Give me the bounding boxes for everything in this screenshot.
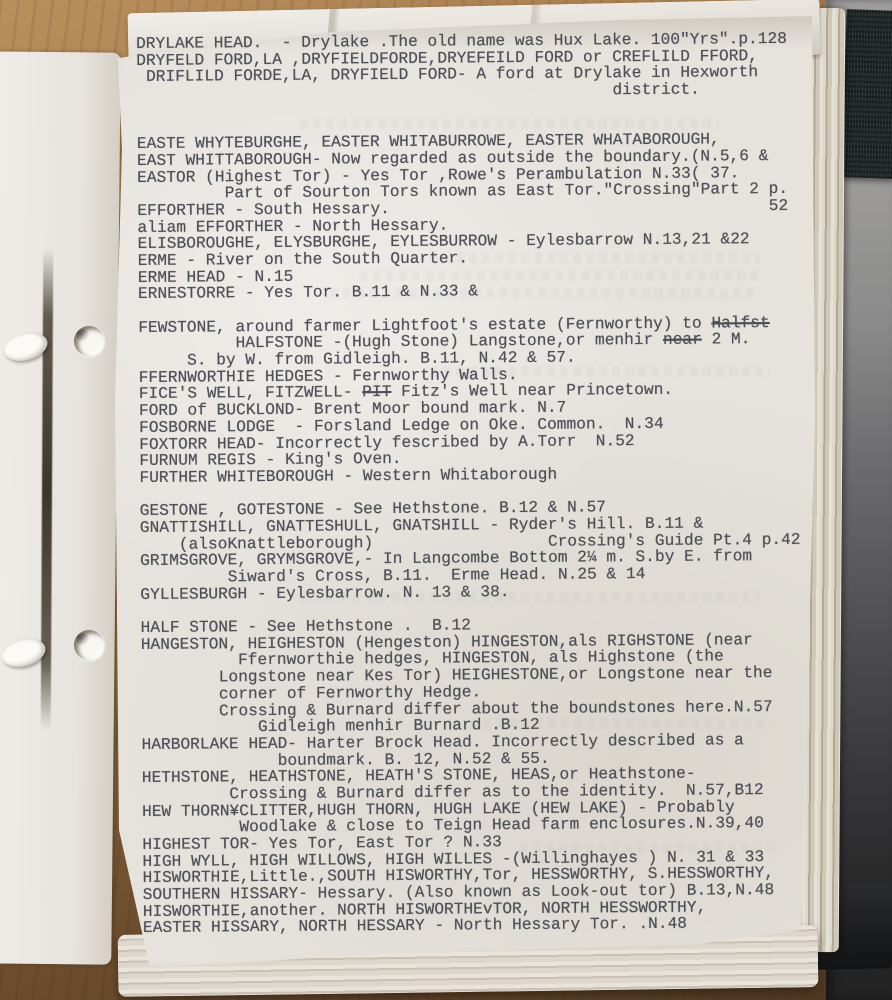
loose-sheet-left-edge	[0, 51, 121, 964]
typewritten-text: DRYLAKE HEAD. - Drylake .The old name wa…	[136, 31, 833, 938]
punch-hole-top	[74, 326, 104, 356]
binder-cover-fabric	[841, 9, 892, 179]
photo-of-binder-page: DRYLAKE HEAD. - Drylake .The old name wa…	[0, 0, 892, 1000]
punch-hole-bottom	[74, 630, 104, 660]
